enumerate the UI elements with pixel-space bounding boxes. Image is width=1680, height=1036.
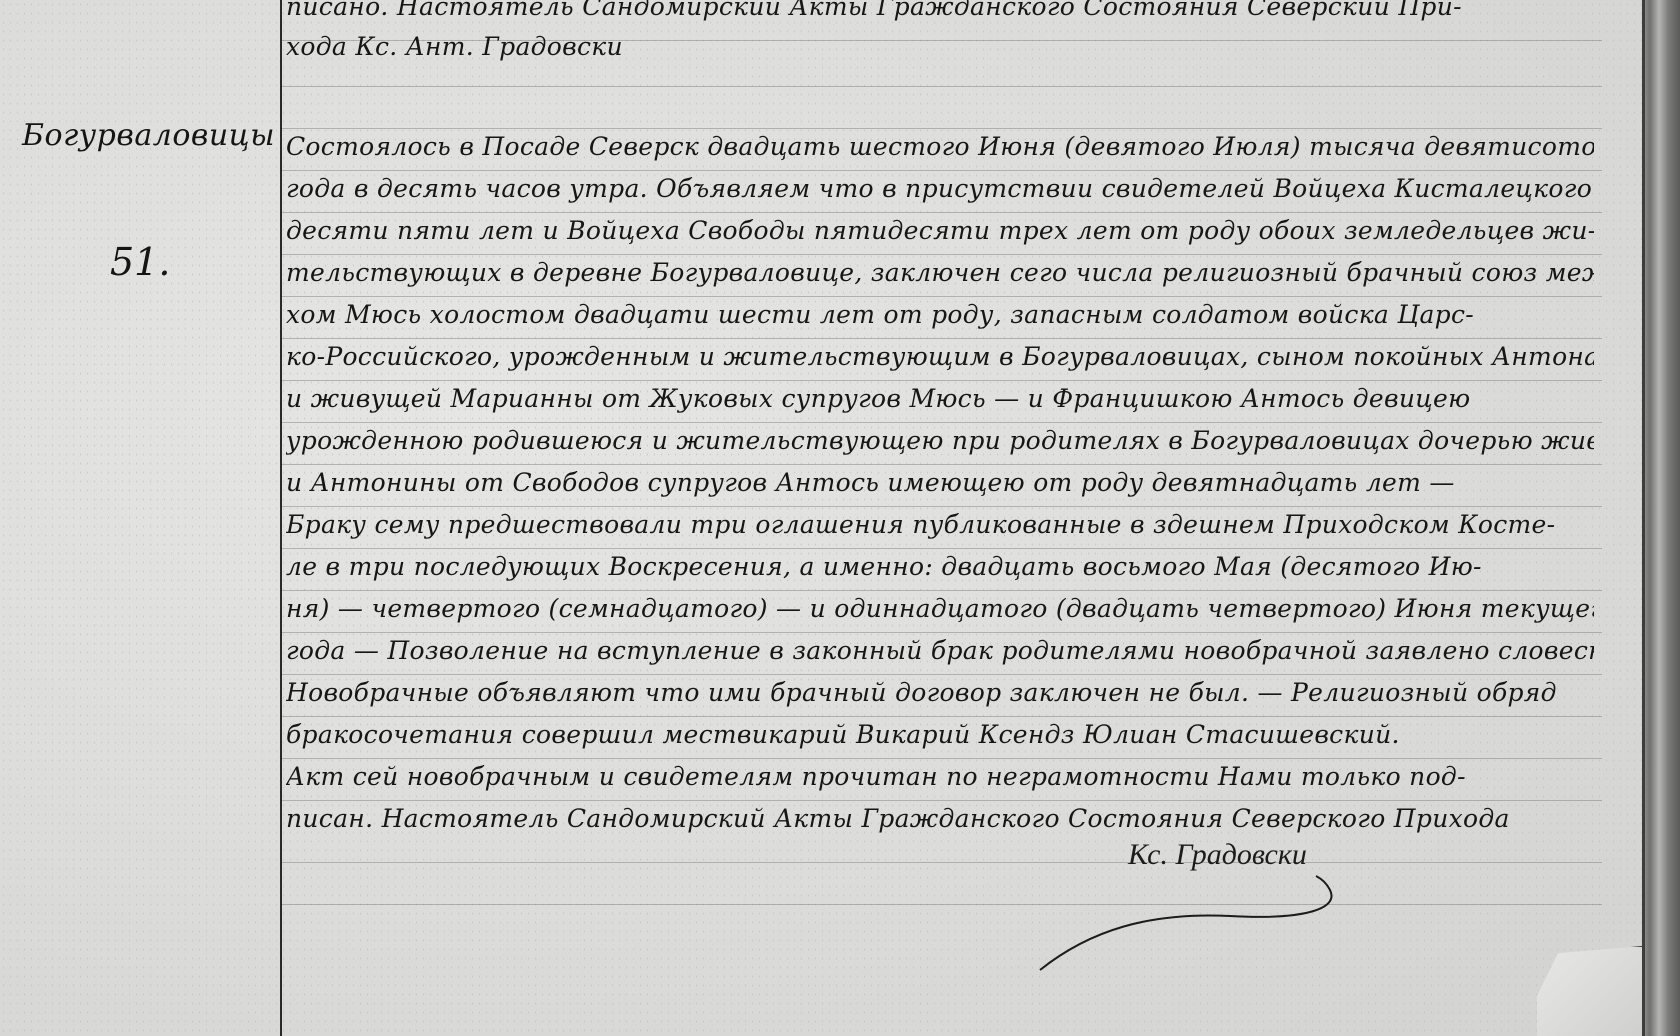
entry-line: Новобрачные объявляют что ими брачный до… — [286, 678, 1594, 707]
book-binding-edge — [1642, 0, 1680, 1036]
entry-line: ле в три последующих Воскресения, а имен… — [286, 552, 1594, 581]
ruled-line — [282, 674, 1602, 675]
ruled-line — [282, 86, 1602, 87]
ruled-line — [282, 170, 1602, 171]
ruled-line — [282, 590, 1602, 591]
ruled-line — [282, 296, 1602, 297]
previous-entry-line: хода Кс. Ант. Градовски — [286, 32, 1594, 61]
entry-number: 51. — [110, 240, 170, 284]
entry-line: тельствующих в деревне Богурваловице, за… — [286, 258, 1594, 287]
entry-line: ко-Российского, урожденным и жительствую… — [286, 342, 1594, 371]
entry-line: писан. Настоятель Сандомирский Акты Граж… — [286, 804, 1594, 833]
margin-column-rule — [280, 0, 282, 1036]
entry-line: Браку сему предшествовали три оглашения … — [286, 510, 1594, 539]
ruled-line — [282, 548, 1602, 549]
ruled-line — [282, 904, 1602, 905]
ruled-line — [282, 862, 1602, 863]
entry-line: десяти пяти лет и Войцеха Свободы пятиде… — [286, 216, 1594, 245]
ruled-line — [282, 338, 1602, 339]
priest-signature: Кс. Градовски — [1128, 838, 1307, 872]
ruled-line — [282, 800, 1602, 801]
ruled-line — [282, 254, 1602, 255]
ruled-line — [282, 506, 1602, 507]
ruled-line — [282, 128, 1602, 129]
entry-line: и Антонины от Свободов супругов Антось и… — [286, 468, 1594, 497]
entry-line: года — Позволение на вступление в законн… — [286, 636, 1594, 665]
binding-shadow — [1642, 0, 1645, 1036]
ruled-line — [282, 464, 1602, 465]
ruled-line — [282, 380, 1602, 381]
entry-line: урожденною родившеюся и жительствующею п… — [286, 426, 1594, 455]
entry-line: бракосочетания совершил мествикарий Вика… — [286, 720, 1594, 749]
entry-line: года в десять часов утра. Объявляем что … — [286, 174, 1594, 203]
entry-line: и живущей Марианны от Жуковых супругов М… — [286, 384, 1594, 413]
ruled-line — [282, 212, 1602, 213]
entry-line: Акт сей новобрачным и свидетелям прочита… — [286, 762, 1594, 791]
ruled-line — [282, 716, 1602, 717]
entry-line: хом Мюсь холостом двадцати шести лет от … — [286, 300, 1594, 329]
signature-flourish — [1030, 870, 1350, 980]
entry-line: ня) — четвертого (семнадцатого) — и один… — [286, 594, 1594, 623]
ruled-line — [282, 632, 1602, 633]
ruled-line — [282, 758, 1602, 759]
previous-entry-line: писано. Настоятель Сандомирский Акты Гра… — [286, 0, 1594, 21]
ruled-line — [282, 422, 1602, 423]
entry-line: Состоялось в Посаде Северск двадцать шес… — [286, 132, 1594, 161]
margin-place-name: Богурваловицы — [22, 118, 275, 153]
register-page: Богурваловицы 51. писано. Настоятель Сан… — [0, 0, 1642, 1036]
